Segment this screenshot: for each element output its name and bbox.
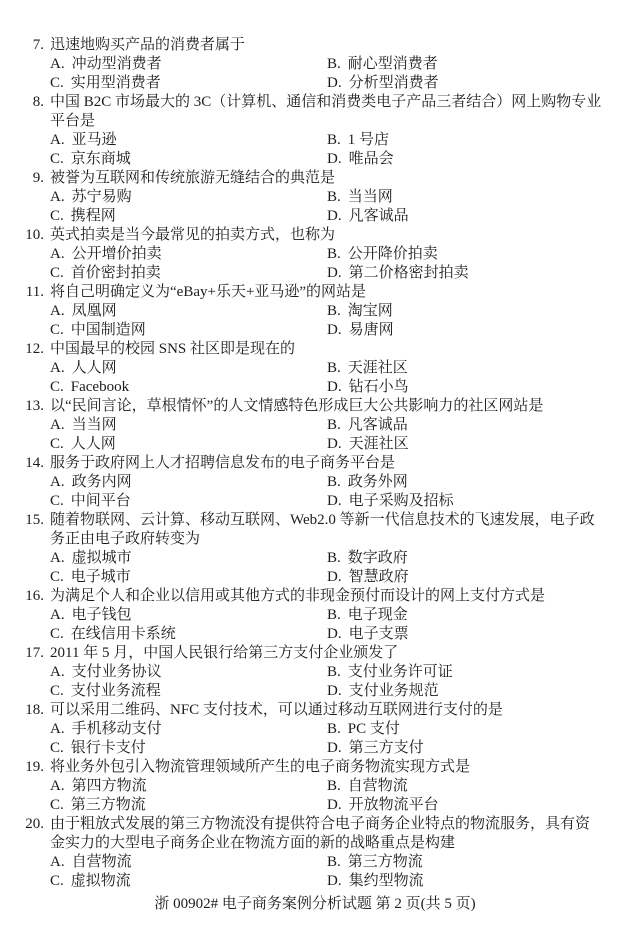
question-number: 20. (0, 815, 44, 834)
question: 15.随着物联网、云计算、移动互联网、Web2.0 等新一代信息技术的飞速发展，… (0, 511, 630, 587)
question-number: 13. (0, 397, 44, 416)
option-b: B.当当网 (327, 188, 630, 207)
option-text: 第二价格密封拍卖 (349, 265, 469, 281)
option-text: 支付业务规范 (349, 683, 439, 699)
option-a: A.苏宁易购 (50, 188, 327, 207)
option-text: 1 号店 (348, 132, 389, 148)
question: 17.2011 年 5 月，中国人民银行给第三方支付企业颁发了 A.支付业务协议… (0, 644, 630, 701)
option-text: 手机移动支付 (72, 721, 162, 737)
option-text: 当当网 (348, 189, 393, 205)
question-stem-line: 16.为满足个人和企业以信用或其他方式的非现金预付而设计的网上支付方式是 (0, 587, 630, 606)
option-c: C.人人网 (50, 435, 327, 454)
option-text: 支付业务许可证 (348, 664, 453, 680)
option-label: C. (50, 75, 64, 91)
option-text: 智慧政府 (349, 569, 409, 585)
option-row-cd: C.在线信用卡系统 D.电子支票 (0, 625, 630, 644)
option-text: 第三方支付 (349, 740, 424, 756)
option-d: D.分析型消费者 (327, 74, 630, 93)
option-a: A.凤凰网 (50, 302, 327, 321)
option-text: 凡客诚品 (348, 417, 408, 433)
question-stem-line: 18.可以采用二维码、NFC 支付技术，可以通过移动互联网进行支付的是 (0, 701, 630, 720)
option-text: 公开增价拍卖 (72, 246, 162, 262)
option-label: B. (327, 550, 341, 566)
question: 13.以“民间言论，草根情怀”的人文情感特色形成巨大公共影响力的社区网站是 A.… (0, 397, 630, 454)
option-d: D.集约型物流 (327, 872, 630, 891)
option-c: C.第三方物流 (50, 796, 327, 815)
question-stem: 服务于政府网上人才招聘信息发布的电子商务平台是 (50, 455, 395, 471)
option-text: 公开降价拍卖 (348, 246, 438, 262)
question-number: 12. (0, 340, 44, 359)
exam-page: 7.迅速地购买产品的消费者属于 A.冲动型消费者 B.耐心型消费者 C.实用型消… (0, 0, 630, 947)
option-label: B. (327, 132, 341, 148)
question-number: 7. (0, 36, 44, 55)
question-stem: 中国 B2C 市场最大的 3C（计算机、通信和消费类电子产品三者结合）网上购物专… (50, 94, 601, 129)
question: 14.服务于政府网上人才招聘信息发布的电子商务平台是 A.政务内网 B.政务外网… (0, 454, 630, 511)
question-stem-line: 20.由于粗放式发展的第三方物流没有提供符合电子商务企业特点的物流服务，具有资金… (0, 815, 630, 853)
option-b: B.政务外网 (327, 473, 630, 492)
option-b: B.凡客诚品 (327, 416, 630, 435)
option-text: 亚马逊 (72, 132, 117, 148)
option-label: C. (50, 683, 64, 699)
question-stem: 为满足个人和企业以信用或其他方式的非现金预付而设计的网上支付方式是 (50, 588, 545, 604)
question-list: 7.迅速地购买产品的消费者属于 A.冲动型消费者 B.耐心型消费者 C.实用型消… (0, 36, 630, 891)
option-label: C. (50, 322, 64, 338)
option-label: B. (327, 854, 341, 870)
option-b: B.支付业务许可证 (327, 663, 630, 682)
question-stem: 迅速地购买产品的消费者属于 (50, 37, 245, 53)
question-stem: 由于粗放式发展的第三方物流没有提供符合电子商务企业特点的物流服务，具有资金实力的… (50, 816, 590, 851)
option-label: D. (327, 322, 342, 338)
option-a: A.人人网 (50, 359, 327, 378)
option-label: A. (50, 778, 65, 794)
option-a: A.支付业务协议 (50, 663, 327, 682)
option-row-ab: A.人人网 B.天涯社区 (0, 359, 630, 378)
question: 8.中国 B2C 市场最大的 3C（计算机、通信和消费类电子产品三者结合）网上购… (0, 93, 630, 169)
question-stem: 以“民间言论，草根情怀”的人文情感特色形成巨大公共影响力的社区网站是 (50, 398, 543, 414)
question-stem-line: 19.将业务外包引入物流管理领域所产生的电子商务物流实现方式是 (0, 758, 630, 777)
option-row-cd: C.实用型消费者 D.分析型消费者 (0, 74, 630, 93)
option-a: A.自营物流 (50, 853, 327, 872)
question-number: 9. (0, 169, 44, 188)
option-c: C.Facebook (50, 378, 327, 397)
question-stem-line: 17.2011 年 5 月，中国人民银行给第三方支付企业颁发了 (0, 644, 630, 663)
option-text: 天涯社区 (349, 436, 409, 452)
option-row-cd: C.Facebook D.钻石小鸟 (0, 378, 630, 397)
option-label: B. (327, 360, 341, 376)
option-a: A.第四方物流 (50, 777, 327, 796)
option-text: 第四方物流 (72, 778, 147, 794)
option-label: C. (50, 208, 64, 224)
option-a: A.当当网 (50, 416, 327, 435)
option-text: 当当网 (72, 417, 117, 433)
option-d: D.电子采购及招标 (327, 492, 630, 511)
option-text: 钻石小鸟 (349, 379, 409, 395)
option-row-ab: A.凤凰网 B.淘宝网 (0, 302, 630, 321)
option-text: 苏宁易购 (72, 189, 132, 205)
option-text: 耐心型消费者 (348, 56, 438, 72)
question-stem-line: 9.被誉为互联网和传统旅游无缝结合的典范是 (0, 169, 630, 188)
option-row-ab: A.公开增价拍卖 B.公开降价拍卖 (0, 245, 630, 264)
option-text: 凡客诚品 (349, 208, 409, 224)
option-row-cd: C.银行卡支付 D.第三方支付 (0, 739, 630, 758)
option-row-cd: C.首价密封拍卖 D.第二价格密封拍卖 (0, 264, 630, 283)
option-d: D.第三方支付 (327, 739, 630, 758)
option-label: A. (50, 474, 65, 490)
option-text: 支付业务流程 (71, 683, 161, 699)
option-label: D. (327, 379, 342, 395)
option-text: 自营物流 (348, 778, 408, 794)
option-label: D. (327, 151, 342, 167)
option-label: C. (50, 379, 64, 395)
question-stem: 被誉为互联网和传统旅游无缝结合的典范是 (50, 170, 335, 186)
option-label: D. (327, 626, 342, 642)
option-a: A.虚拟城市 (50, 549, 327, 568)
option-b: B.电子现金 (327, 606, 630, 625)
option-a: A.亚马逊 (50, 131, 327, 150)
question-stem: 2011 年 5 月，中国人民银行给第三方支付企业颁发了 (50, 645, 398, 661)
question-number: 17. (0, 644, 44, 663)
option-text: 淘宝网 (348, 303, 393, 319)
question-stem: 将自己明确定义为“eBay+乐天+亚马逊”的网站是 (50, 284, 366, 300)
option-label: B. (327, 56, 341, 72)
question: 18.可以采用二维码、NFC 支付技术，可以通过移动互联网进行支付的是 A.手机… (0, 701, 630, 758)
option-label: A. (50, 360, 65, 376)
option-text: 政务内网 (72, 474, 132, 490)
question-number: 11. (0, 283, 44, 302)
option-text: 电子钱包 (72, 607, 132, 623)
question-number: 14. (0, 454, 44, 473)
option-row-cd: C.京东商城 D.唯品会 (0, 150, 630, 169)
question-stem-line: 11.将自己明确定义为“eBay+乐天+亚马逊”的网站是 (0, 283, 630, 302)
option-text: 虚拟城市 (72, 550, 132, 566)
option-c: C.在线信用卡系统 (50, 625, 327, 644)
option-label: A. (50, 854, 65, 870)
option-text: 首价密封拍卖 (71, 265, 161, 281)
question: 12.中国最早的校园 SNS 社区即是现在的 A.人人网 B.天涯社区 C.Fa… (0, 340, 630, 397)
question-stem: 将业务外包引入物流管理领域所产生的电子商务物流实现方式是 (50, 759, 470, 775)
question-number: 10. (0, 226, 44, 245)
option-row-ab: A.政务内网 B.政务外网 (0, 473, 630, 492)
option-label: B. (327, 474, 341, 490)
option-label: B. (327, 417, 341, 433)
option-label: B. (327, 607, 341, 623)
option-c: C.中间平台 (50, 492, 327, 511)
question-stem-line: 10.英式拍卖是当今最常见的拍卖方式，也称为 (0, 226, 630, 245)
option-label: B. (327, 189, 341, 205)
option-label: D. (327, 873, 342, 889)
question-stem: 英式拍卖是当今最常见的拍卖方式，也称为 (50, 227, 335, 243)
option-c: C.携程网 (50, 207, 327, 226)
option-c: C.首价密封拍卖 (50, 264, 327, 283)
question-number: 15. (0, 511, 44, 530)
option-row-ab: A.亚马逊 B.1 号店 (0, 131, 630, 150)
option-d: D.支付业务规范 (327, 682, 630, 701)
question: 10.英式拍卖是当今最常见的拍卖方式，也称为 A.公开增价拍卖 B.公开降价拍卖… (0, 226, 630, 283)
option-b: B.1 号店 (327, 131, 630, 150)
option-b: B.公开降价拍卖 (327, 245, 630, 264)
option-text: 自营物流 (72, 854, 132, 870)
option-text: 中国制造网 (71, 322, 146, 338)
option-row-ab: A.苏宁易购 B.当当网 (0, 188, 630, 207)
option-text: 冲动型消费者 (72, 56, 162, 72)
option-text: 在线信用卡系统 (71, 626, 176, 642)
option-label: B. (327, 664, 341, 680)
option-b: B.第三方物流 (327, 853, 630, 872)
option-label: B. (327, 303, 341, 319)
option-label: C. (50, 151, 64, 167)
option-label: C. (50, 436, 64, 452)
option-b: B.数字政府 (327, 549, 630, 568)
option-text: 政务外网 (348, 474, 408, 490)
question-stem-line: 14.服务于政府网上人才招聘信息发布的电子商务平台是 (0, 454, 630, 473)
option-label: C. (50, 626, 64, 642)
option-d: D.凡客诚品 (327, 207, 630, 226)
option-label: A. (50, 664, 65, 680)
option-text: PC 支付 (348, 721, 400, 737)
option-text: 银行卡支付 (71, 740, 146, 756)
option-row-cd: C.中国制造网 D.易唐网 (0, 321, 630, 340)
option-c: C.京东商城 (50, 150, 327, 169)
question-stem-line: 13.以“民间言论，草根情怀”的人文情感特色形成巨大公共影响力的社区网站是 (0, 397, 630, 416)
option-d: D.天涯社区 (327, 435, 630, 454)
option-d: D.易唐网 (327, 321, 630, 340)
option-text: 集约型物流 (349, 873, 424, 889)
option-text: 中间平台 (71, 493, 131, 509)
question-number: 18. (0, 701, 44, 720)
option-label: B. (327, 246, 341, 262)
option-c: C.实用型消费者 (50, 74, 327, 93)
option-text: 凤凰网 (72, 303, 117, 319)
question-number: 19. (0, 758, 44, 777)
option-label: B. (327, 778, 341, 794)
question-stem: 中国最早的校园 SNS 社区即是现在的 (50, 341, 295, 357)
option-text: 第三方物流 (71, 797, 146, 813)
option-text: 易唐网 (349, 322, 394, 338)
option-a: A.政务内网 (50, 473, 327, 492)
question-stem-line: 7.迅速地购买产品的消费者属于 (0, 36, 630, 55)
option-c: C.电子城市 (50, 568, 327, 587)
option-text: 虚拟物流 (71, 873, 131, 889)
question-number: 16. (0, 587, 44, 606)
option-text: 开放物流平台 (349, 797, 439, 813)
option-row-ab: A.手机移动支付 B.PC 支付 (0, 720, 630, 739)
option-c: C.虚拟物流 (50, 872, 327, 891)
option-text: 电子现金 (348, 607, 408, 623)
option-text: 第三方物流 (348, 854, 423, 870)
option-d: D.第二价格密封拍卖 (327, 264, 630, 283)
question-stem-line: 8.中国 B2C 市场最大的 3C（计算机、通信和消费类电子产品三者结合）网上购… (0, 93, 630, 131)
option-label: C. (50, 569, 64, 585)
option-b: B.淘宝网 (327, 302, 630, 321)
option-row-cd: C.携程网 D.凡客诚品 (0, 207, 630, 226)
option-label: A. (50, 132, 65, 148)
option-a: A.电子钱包 (50, 606, 327, 625)
option-label: C. (50, 493, 64, 509)
option-label: A. (50, 246, 65, 262)
option-text: 唯品会 (349, 151, 394, 167)
option-a: A.公开增价拍卖 (50, 245, 327, 264)
option-b: B.天涯社区 (327, 359, 630, 378)
question: 7.迅速地购买产品的消费者属于 A.冲动型消费者 B.耐心型消费者 C.实用型消… (0, 36, 630, 93)
option-label: D. (327, 493, 342, 509)
option-row-ab: A.冲动型消费者 B.耐心型消费者 (0, 55, 630, 74)
question-number: 8. (0, 93, 44, 112)
option-label: C. (50, 740, 64, 756)
option-label: D. (327, 740, 342, 756)
option-text: Facebook (71, 379, 129, 395)
option-row-ab: A.电子钱包 B.电子现金 (0, 606, 630, 625)
option-text: 人人网 (71, 436, 116, 452)
option-label: D. (327, 569, 342, 585)
option-label: A. (50, 607, 65, 623)
option-text: 携程网 (71, 208, 116, 224)
option-b: B.PC 支付 (327, 720, 630, 739)
option-b: B.耐心型消费者 (327, 55, 630, 74)
question: 11.将自己明确定义为“eBay+乐天+亚马逊”的网站是 A.凤凰网 B.淘宝网… (0, 283, 630, 340)
option-label: A. (50, 550, 65, 566)
question-stem: 随着物联网、云计算、移动互联网、Web2.0 等新一代信息技术的飞速发展，电子政… (50, 512, 595, 547)
question: 20.由于粗放式发展的第三方物流没有提供符合电子商务企业特点的物流服务，具有资金… (0, 815, 630, 891)
question: 19.将业务外包引入物流管理领域所产生的电子商务物流实现方式是 A.第四方物流 … (0, 758, 630, 815)
option-row-cd: C.电子城市 D.智慧政府 (0, 568, 630, 587)
option-label: D. (327, 265, 342, 281)
option-label: A. (50, 303, 65, 319)
option-label: D. (327, 75, 342, 91)
option-a: A.冲动型消费者 (50, 55, 327, 74)
option-d: D.钻石小鸟 (327, 378, 630, 397)
option-row-cd: C.支付业务流程 D.支付业务规范 (0, 682, 630, 701)
option-text: 电子采购及招标 (349, 493, 454, 509)
option-text: 京东商城 (71, 151, 131, 167)
option-label: A. (50, 189, 65, 205)
option-text: 天涯社区 (348, 360, 408, 376)
option-d: D.唯品会 (327, 150, 630, 169)
option-label: C. (50, 265, 64, 281)
option-text: 人人网 (72, 360, 117, 376)
page-footer: 浙 00902# 电子商务案例分析试题 第 2 页(共 5 页) (0, 895, 630, 914)
option-text: 分析型消费者 (349, 75, 439, 91)
question-stem-line: 12.中国最早的校园 SNS 社区即是现在的 (0, 340, 630, 359)
option-text: 电子城市 (71, 569, 131, 585)
option-row-ab: A.虚拟城市 B.数字政府 (0, 549, 630, 568)
option-row-cd: C.虚拟物流 D.集约型物流 (0, 872, 630, 891)
option-row-cd: C.第三方物流 D.开放物流平台 (0, 796, 630, 815)
option-text: 支付业务协议 (72, 664, 162, 680)
option-row-ab: A.支付业务协议 B.支付业务许可证 (0, 663, 630, 682)
question-stem: 可以采用二维码、NFC 支付技术，可以通过移动互联网进行支付的是 (50, 702, 503, 718)
option-label: C. (50, 873, 64, 889)
option-c: C.支付业务流程 (50, 682, 327, 701)
option-text: 数字政府 (348, 550, 408, 566)
question: 9.被誉为互联网和传统旅游无缝结合的典范是 A.苏宁易购 B.当当网 C.携程网… (0, 169, 630, 226)
option-row-ab: A.当当网 B.凡客诚品 (0, 416, 630, 435)
option-text: 电子支票 (349, 626, 409, 642)
option-label: D. (327, 208, 342, 224)
option-label: A. (50, 417, 65, 433)
option-c: C.中国制造网 (50, 321, 327, 340)
option-label: A. (50, 56, 65, 72)
option-a: A.手机移动支付 (50, 720, 327, 739)
option-row-ab: A.第四方物流 B.自营物流 (0, 777, 630, 796)
option-d: D.电子支票 (327, 625, 630, 644)
option-label: D. (327, 797, 342, 813)
option-label: D. (327, 683, 342, 699)
option-label: A. (50, 721, 65, 737)
option-row-ab: A.自营物流 B.第三方物流 (0, 853, 630, 872)
option-row-cd: C.中间平台 D.电子采购及招标 (0, 492, 630, 511)
option-label: B. (327, 721, 341, 737)
option-text: 实用型消费者 (71, 75, 161, 91)
option-row-cd: C.人人网 D.天涯社区 (0, 435, 630, 454)
option-label: C. (50, 797, 64, 813)
question: 16.为满足个人和企业以信用或其他方式的非现金预付而设计的网上支付方式是 A.电… (0, 587, 630, 644)
option-c: C.银行卡支付 (50, 739, 327, 758)
option-b: B.自营物流 (327, 777, 630, 796)
question-stem-line: 15.随着物联网、云计算、移动互联网、Web2.0 等新一代信息技术的飞速发展，… (0, 511, 630, 549)
option-label: D. (327, 436, 342, 452)
option-d: D.开放物流平台 (327, 796, 630, 815)
option-d: D.智慧政府 (327, 568, 630, 587)
